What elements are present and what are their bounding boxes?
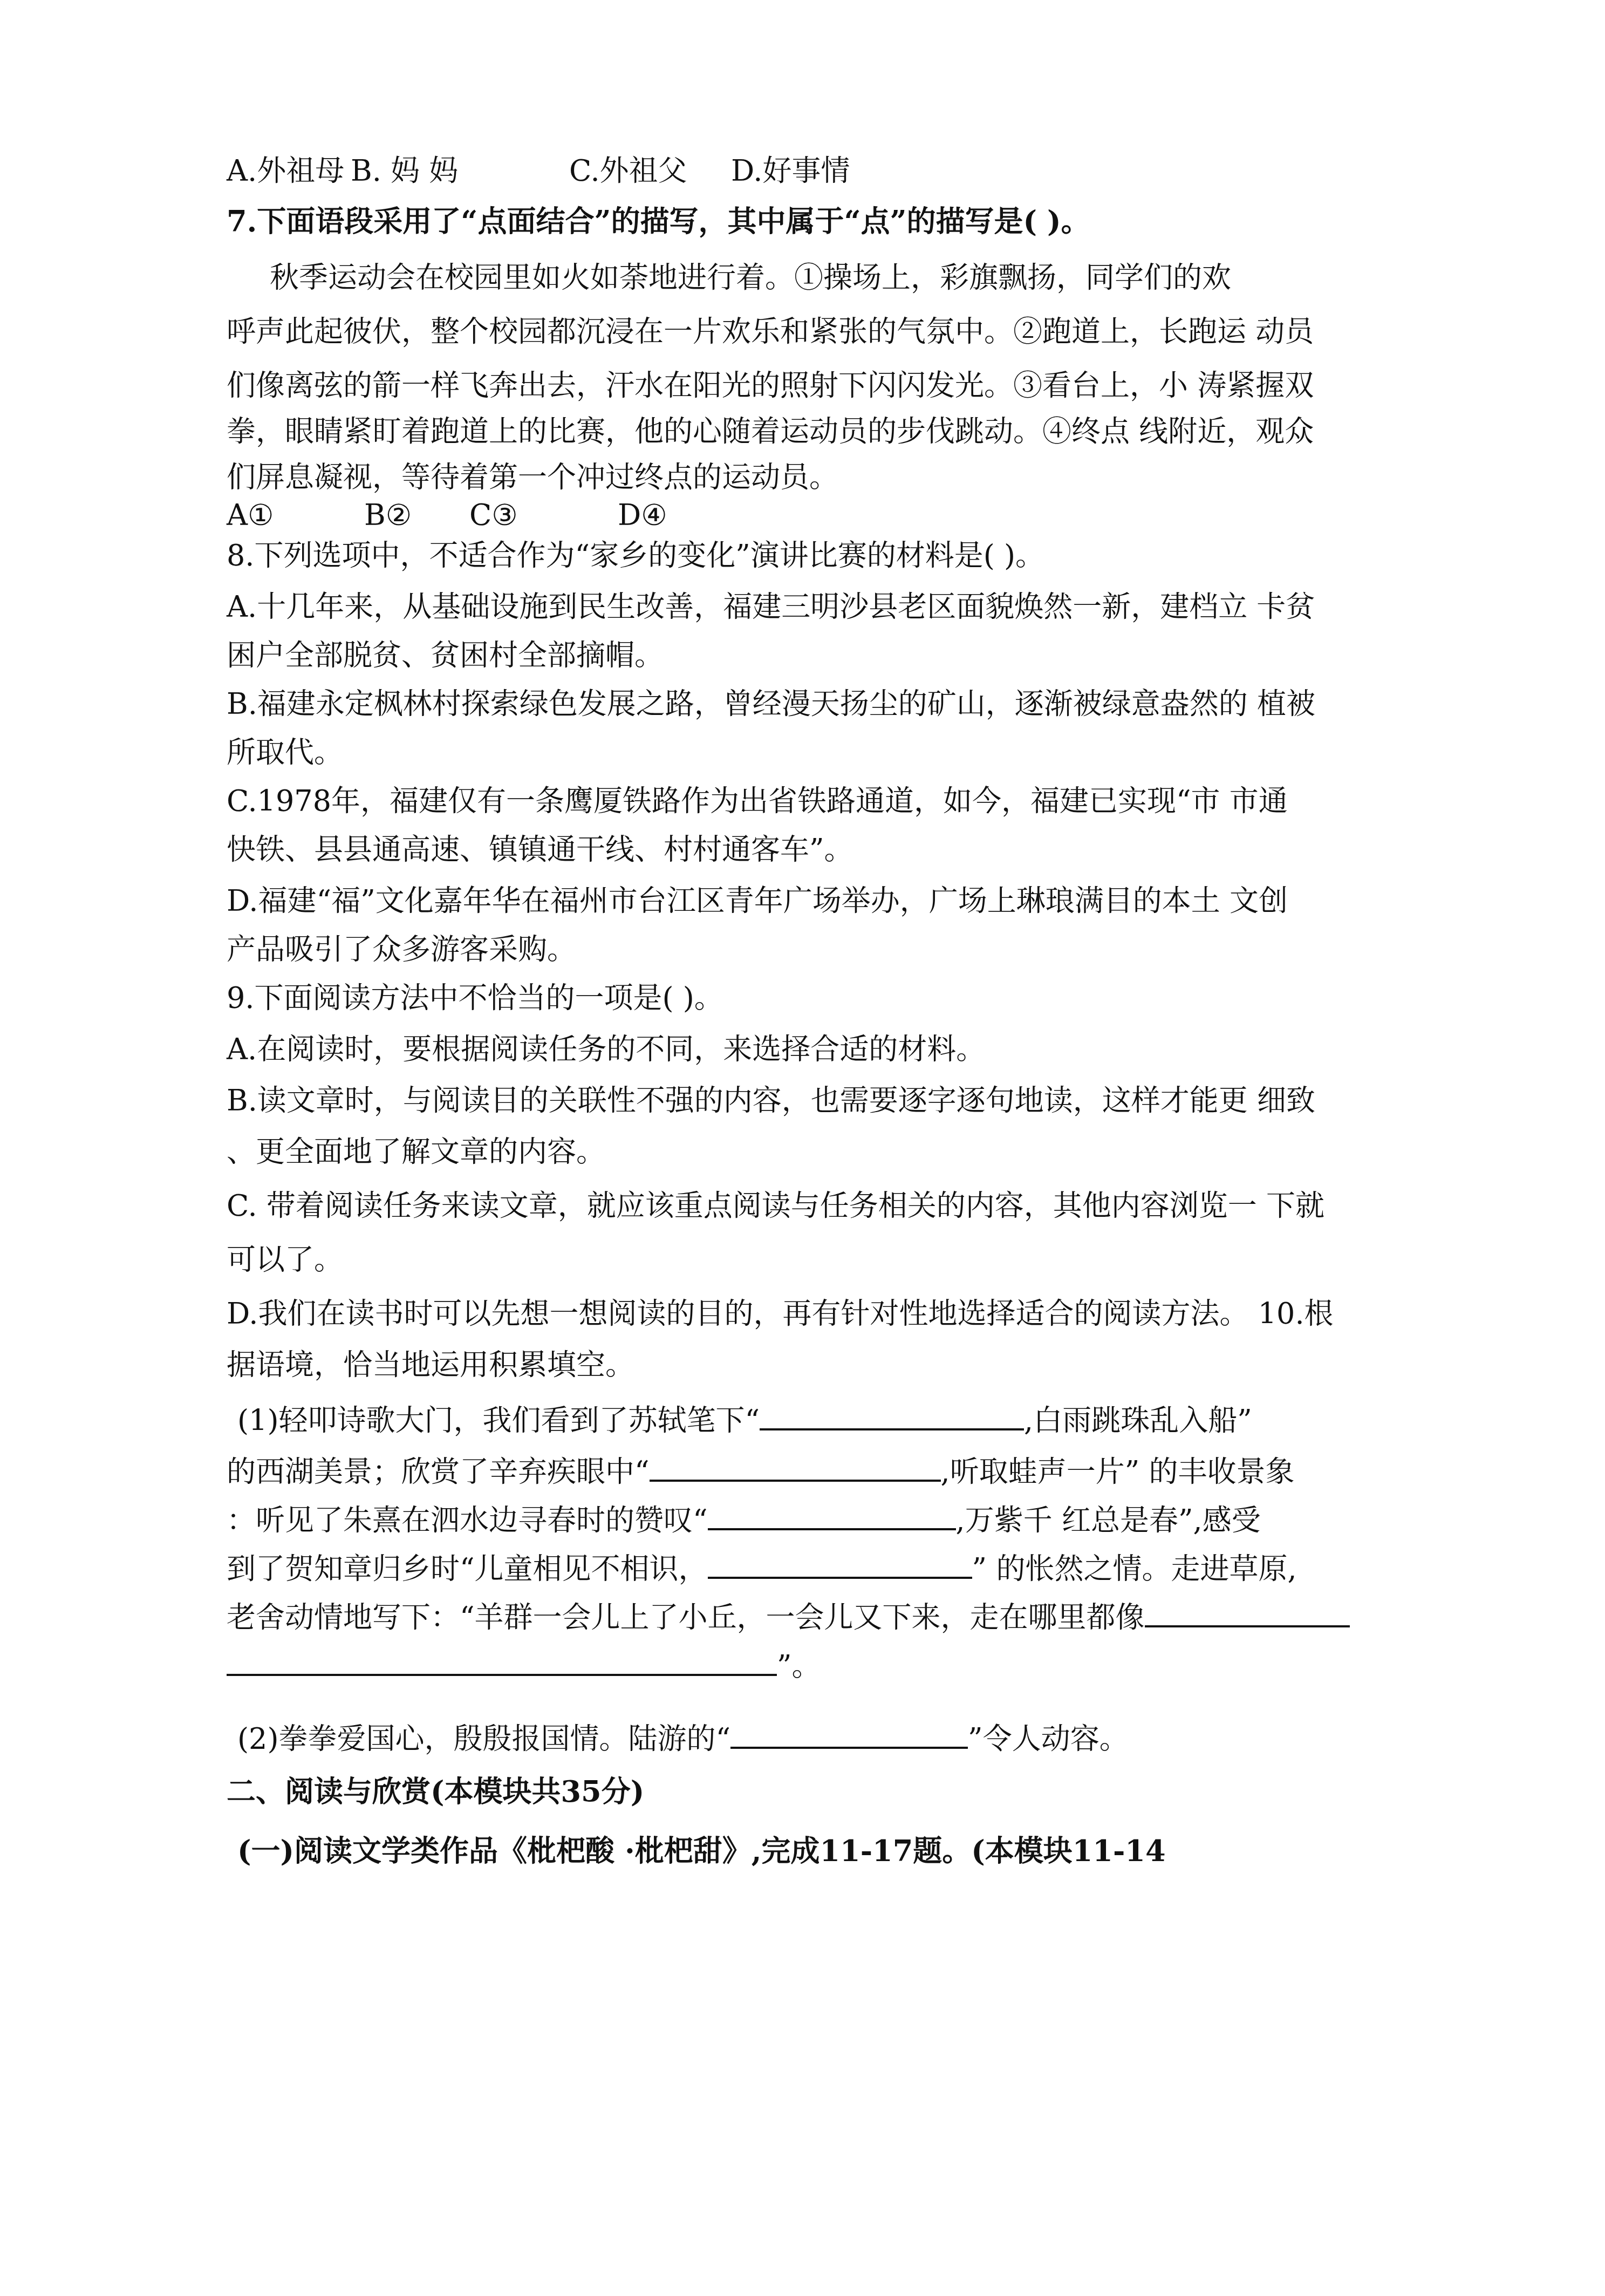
q7-passage-line: 们屏息凝视，等待着第一个冲过终点的运动员。 (227, 459, 838, 496)
q10-blank-6[interactable] (730, 1719, 968, 1749)
q10-p1-l1-pre: (1)轻叩诗歌大门，我们看到了苏轼笔下“ (237, 1404, 760, 1437)
q10-p1-l2-post: ,听取蛙声一片” 的丰收景象 (941, 1455, 1295, 1489)
q7-option-a: A① (227, 496, 274, 534)
q10-blank-4[interactable] (708, 1549, 972, 1579)
q6-option-b: B. 妈 妈 (351, 152, 513, 190)
q10-p1-l3-post: ,万紫千 红总是春”,感受 (956, 1503, 1261, 1537)
q7-option-d: D④ (618, 496, 667, 534)
q10-p2-post: ”令人动容。 (968, 1722, 1129, 1756)
section-2-title: 二、阅读与欣赏(本模块共35分) (227, 1773, 644, 1810)
q10-p1-line4: 到了贺知章归乡时“儿童相见不相识，” 的怅然之情。走进草原, (227, 1549, 1297, 1588)
q7-stem: 7.下面语段采用了“点面结合”的描写，其中属于“点”的描写是( )。 (227, 202, 1090, 240)
q7-passage-line: 呼声此起彼伏，整个校园都沉浸在一片欢乐和紧张的气氛中。②跑道上，长跑运 动员 (227, 313, 1314, 351)
q10-p1-line1: (1)轻叩诗歌大门，我们看到了苏轼笔下“,白雨跳珠乱入船” (237, 1400, 1252, 1440)
q10-p1-line3: ：听见了朱熹在泗水边寻春时的赞叹“,万紫千 红总是春”,感受 (227, 1500, 1261, 1539)
q10-blank-5a[interactable] (1145, 1597, 1350, 1627)
q9-option-c-line: 可以了。 (227, 1241, 343, 1279)
q10-p1-l4-post: ” 的怅然之情。走进草原, (972, 1552, 1297, 1586)
q10-p1-l1-post: ,白雨跳珠乱入船” (1024, 1404, 1252, 1437)
q8-option-d-line: 产品吸引了众多游客采购。 (227, 931, 576, 969)
q7-option-c: C③ (469, 496, 518, 534)
section-2-subtitle: (一)阅读文学类作品《枇杷酸 ·枇杷甜》,完成11-17题。(本模块11-14 (237, 1832, 1165, 1870)
q10-blank-3[interactable] (708, 1500, 956, 1530)
q10-stem: 据语境，恰当地运用积累填空。 (227, 1346, 634, 1384)
q8-stem: 8.下列选项中，不适合作为“家乡的变化”演讲比赛的材料是( )。 (227, 537, 1044, 575)
q7-passage-line: 拳，眼睛紧盯着跑道上的比赛，他的心随着运动员的步伐跳动。④终点 线附近，观众 (227, 413, 1314, 451)
q9-option-b-line: 、更全面地了解文章的内容。 (227, 1133, 605, 1171)
q10-p1-l4-pre: 到了贺知章归乡时“儿童相见不相识， (227, 1552, 708, 1586)
q10-p1-l5-pre: 老舍动情地写下：“羊群一会儿上了小丘，一会儿又下来，走在哪里都像 (227, 1600, 1145, 1634)
q10-blank-2[interactable] (650, 1452, 941, 1482)
q10-p1-l3-pre: ：听见了朱熹在泗水边寻春时的赞叹“ (227, 1503, 708, 1537)
q10-blank-1[interactable] (760, 1400, 1024, 1430)
q10-p2: (2)拳拳爱国心，殷殷报国情。陆游的“”令人动容。 (237, 1719, 1129, 1758)
q8-option-a-line: 困户全部脱贫、贫困村全部摘帽。 (227, 637, 664, 675)
q8-option-b-line: 所取代。 (227, 734, 343, 772)
q7-passage-line: 秋季运动会在校园里如火如荼地进行着。①操场上，彩旗飘扬，同学们的欢 (270, 259, 1231, 297)
q6-option-d: D.好事情 (731, 152, 850, 190)
q7-passage-line: 们像离弦的箭一样飞奔出去，汗水在阳光的照射下闪闪发光。③看台上，小 涛紧握双 (227, 367, 1314, 405)
q9-option-b-line: B.读文章时，与阅读目的关联性不强的内容，也需要逐字逐句地读，这样才能更 细致 (227, 1082, 1315, 1120)
q10-p1-line5: 老舍动情地写下：“羊群一会儿上了小丘，一会儿又下来，走在哪里都像 (227, 1597, 1350, 1637)
q8-option-c-line: 快铁、县县通高速、镇镇通干线、村村通客车”。 (227, 831, 853, 869)
q9-stem: 9.下面阅读方法中不恰当的一项是( )。 (227, 979, 723, 1017)
q6-option-c: C.外祖父 (569, 152, 687, 190)
q7-options: A① B② C③ D④ (227, 496, 274, 534)
q10-p1-line2: 的西湖美景；欣赏了辛弃疾眼中“,听取蛙声一片” 的丰收景象 (227, 1452, 1295, 1491)
q10-p1-line6: ”。 (227, 1646, 821, 1685)
q8-option-c-line: C.1978年，福建仅有一条鹰厦铁路作为出省铁路通道，如今，福建已实现“市 市通 (227, 782, 1288, 820)
q9-option-c-line: C. 带着阅读任务来读文章，就应该重点阅读与任务相关的内容，其他内容浏览一 下就 (227, 1187, 1324, 1225)
q6-option-a: A.外祖母 (227, 152, 351, 190)
q9-option-a: A.在阅读时，要根据阅读任务的不同，来选择合适的材料。 (227, 1031, 985, 1068)
q8-option-a-line: A.十几年来，从基础设施到民生改善，福建三明沙县老区面貌焕然一新，建档立 卡贫 (227, 588, 1315, 626)
exam-page: A.外祖母 B. 妈 妈 C.外祖父 D.好事情 7.下面语段采用了“点面结合”… (0, 0, 1605, 2296)
q8-option-d-line: D.福建“福”文化嘉年华在福州市台江区青年广场举办，广场上琳琅满目的本土 文创 (227, 882, 1288, 920)
q10-p1-l6-post: ”。 (777, 1649, 821, 1683)
q10-p2-pre: (2)拳拳爱国心，殷殷报国情。陆游的“ (237, 1722, 730, 1756)
q6-options: A.外祖母 B. 妈 妈 C.外祖父 D.好事情 (227, 152, 351, 190)
q7-option-b: B② (364, 496, 412, 534)
q8-option-b-line: B.福建永定枫林村探索绿色发展之路，曾经漫天扬尘的矿山，逐渐被绿意盎然的 植被 (227, 685, 1315, 723)
q10-p1-l2-pre: 的西湖美景；欣赏了辛弃疾眼中“ (227, 1455, 650, 1489)
q9-option-d-line: D.我们在读书时可以先想一想阅读的目的，再有针对性地选择适合的阅读方法。 10.… (227, 1295, 1334, 1333)
q10-blank-5b[interactable] (227, 1646, 777, 1676)
